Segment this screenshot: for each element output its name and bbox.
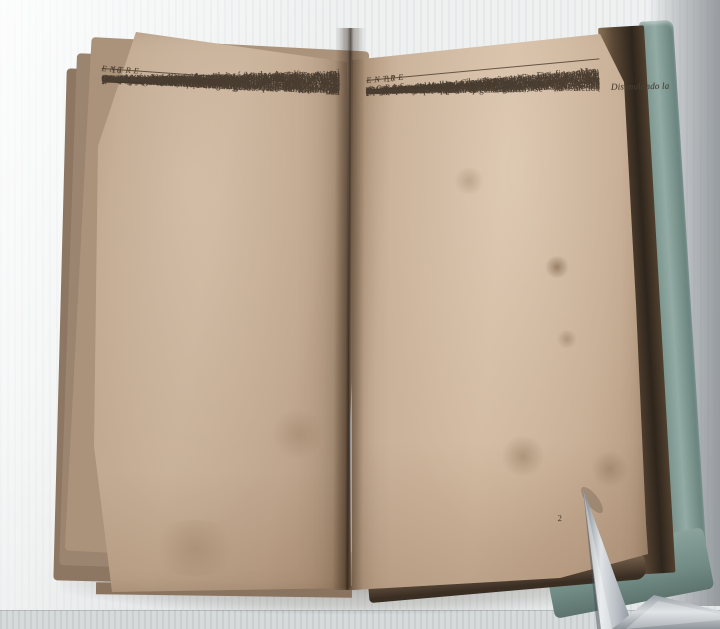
book-photograph: 16 ENTRE COPAS — Pues le encuentro á ust… — [0, 0, 720, 629]
gutter-shadow — [333, 28, 366, 590]
text-line: usted! Pero lo que importa es ganar dine… — [366, 82, 600, 98]
